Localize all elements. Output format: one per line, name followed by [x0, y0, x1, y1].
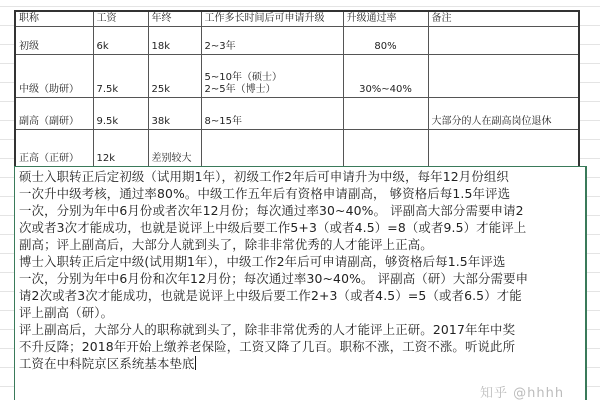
cell-note[interactable] — [428, 54, 579, 97]
textbox-line: 博士入职转正后定中级(试用期1年），中级工作2年后可申请副高，够资格后每1.5年… — [19, 253, 581, 270]
cell-years[interactable]: 8~15年 — [201, 97, 343, 129]
cell-salary[interactable]: 12k — [93, 129, 148, 167]
years-phd: 2~5年（博士） — [205, 84, 340, 96]
cell-note[interactable]: 大部分的人在副高岗位退休 — [428, 97, 579, 129]
textbox-line: 评上副高（研）。 — [19, 304, 581, 321]
textbox-line: 评上副高后，大部分人的职称就到头了，除非非常优秀的人才能评上正研。2017年年中… — [19, 321, 581, 338]
cell-salary[interactable]: 9.5k — [93, 97, 148, 129]
cell-note[interactable] — [428, 26, 579, 54]
cell-title[interactable]: 中级（助研） — [15, 54, 93, 97]
header-pass-rate[interactable]: 升级通过率 — [343, 11, 428, 26]
cell-pass-rate[interactable] — [343, 97, 428, 129]
years-master: 5~10年（硕士） — [205, 72, 340, 84]
table-row: 副高（副研） 9.5k 38k 8~15年 大部分的人在副高岗位退休 — [15, 97, 579, 129]
header-note[interactable]: 备注 — [428, 11, 579, 26]
cell-pass-rate[interactable] — [343, 129, 428, 167]
textbox-line: 一次升中级考核，通过率80%。中级工作五年后有资格申请副高， 够资格后每1.5年… — [19, 185, 581, 202]
textbox-line-last: 工资在中科院京区系统基本垫底 — [19, 355, 581, 372]
textbox-line: 不升反降；2018年开始上缴养老保险，工资又降了几百。职称不涨，工资不涨。听说此… — [19, 338, 581, 355]
table-header-row: 职称 工资 年终 工作多长时间后可申请升级 升级通过率 备注 — [15, 11, 579, 26]
salary-table: 职称 工资 年终 工作多长时间后可申请升级 升级通过率 备注 初级 6k 18k… — [14, 10, 580, 168]
cell-years[interactable] — [201, 129, 343, 167]
cell-pass-rate[interactable]: 80% — [343, 26, 428, 54]
cell-title[interactable]: 初级 — [15, 26, 93, 54]
watermark: 知乎 @hhhh — [480, 382, 564, 400]
cell-title[interactable]: 正高（正研） — [15, 129, 93, 167]
textbox-line-text: 工资在中科院京区系统基本垫底 — [19, 356, 195, 371]
cell-salary[interactable]: 7.5k — [93, 54, 148, 97]
header-years[interactable]: 工作多长时间后可申请升级 — [201, 11, 343, 26]
notes-textbox[interactable]: 硕士入职转正后定初级（试用期1年），初级工作2年后可申请升为中级，每年12月份组… — [14, 166, 587, 400]
header-salary[interactable]: 工资 — [93, 11, 148, 26]
header-bonus[interactable]: 年终 — [148, 11, 201, 26]
text-cursor — [195, 356, 196, 370]
textbox-line: 请2次或者3次才能成功，也就是说评上中级后要工作2+3（或者4.5）=5（或者6… — [19, 287, 581, 304]
cell-pass-rate[interactable]: 30%~40% — [343, 54, 428, 97]
cell-years[interactable]: 5~10年（硕士） 2~5年（博士） — [201, 54, 343, 97]
table-row: 初级 6k 18k 2~3年 80% — [15, 26, 579, 54]
cell-bonus[interactable]: 25k — [148, 54, 201, 97]
cell-salary[interactable]: 6k — [93, 26, 148, 54]
cell-note[interactable] — [428, 129, 579, 167]
table-row: 正高（正研） 12k 差别较大 — [15, 129, 579, 167]
cell-bonus[interactable]: 18k — [148, 26, 201, 54]
cell-bonus[interactable]: 差别较大 — [148, 129, 201, 167]
cell-years[interactable]: 2~3年 — [201, 26, 343, 54]
cell-bonus[interactable]: 38k — [148, 97, 201, 129]
header-title[interactable]: 职称 — [15, 11, 93, 26]
table-row: 中级（助研） 7.5k 25k 5~10年（硕士） 2~5年（博士） 30%~4… — [15, 54, 579, 97]
textbox-line: 硕士入职转正后定初级（试用期1年），初级工作2年后可申请升为中级，每年12月份组… — [19, 168, 581, 185]
textbox-line: 一次，分别为年中6月份和次年12月份；每次通过率30~40%。 评副高（研）大部… — [19, 270, 581, 287]
textbox-line: 副高；评上副高后，大部分人就到头了，除非非常优秀的人才能评上正高。 — [19, 236, 581, 253]
textbox-line: 一次，分别为年中6月份或者次年12月份；每次通过率30~40%。 评副高大部分需… — [19, 202, 581, 219]
textbox-line: 次或者3次才能成功，也就是说评上中级后要工作5+3（或者4.5）=8（或者9.5… — [19, 219, 581, 236]
cell-title[interactable]: 副高（副研） — [15, 97, 93, 129]
